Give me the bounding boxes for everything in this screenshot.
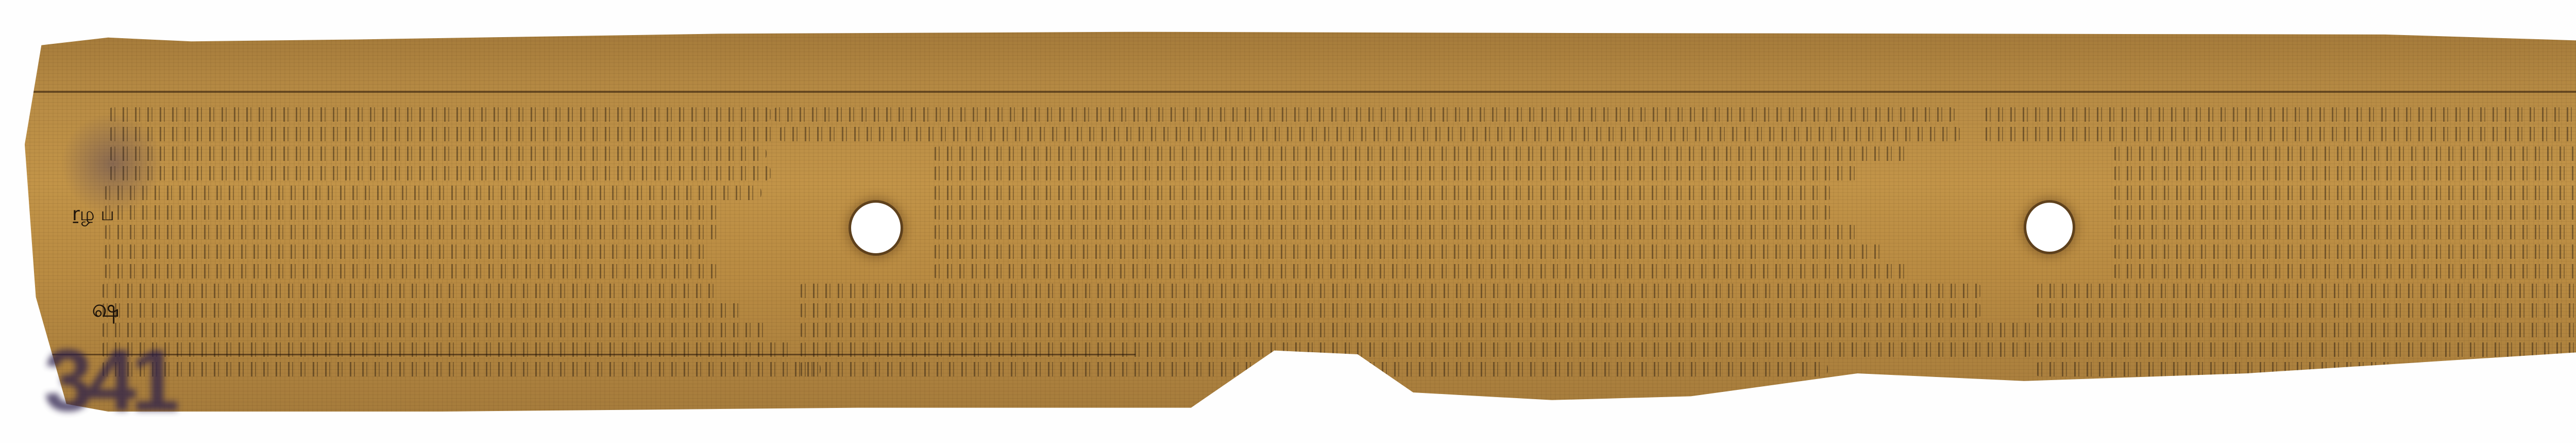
folio-number-left: 341 bbox=[44, 330, 175, 431]
binding-hole-left bbox=[851, 203, 901, 253]
manuscript-page: ṟழ ப ஷ 341 341 362 bbox=[0, 0, 2576, 443]
binding-hole-right bbox=[2026, 203, 2073, 252]
leaf-crease bbox=[25, 91, 2576, 93]
palm-leaf bbox=[25, 30, 2576, 412]
marginal-glyph: ஷ bbox=[92, 294, 120, 326]
marginal-note: ṟழ ப bbox=[72, 204, 114, 227]
